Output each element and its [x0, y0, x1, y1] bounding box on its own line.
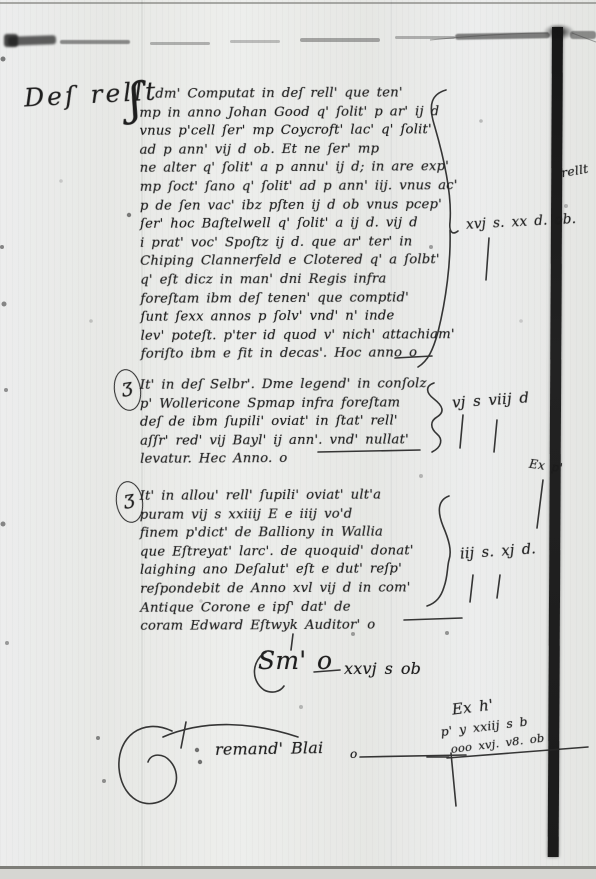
manuscript-line: It' in allou' rell' ſupili' oviat' ult'a [140, 487, 446, 507]
corner-computation: Ex h' p' y xxiij s b ooo xvj. v8. ob [437, 690, 545, 757]
manuscript-line: aſſr' red' vij Bayl' ij ann'. vnd' nulla… [140, 432, 440, 452]
manuscript-line: mp ſoct' ſano q' ſolit' ad p ann' iij. v… [140, 178, 446, 198]
scan-smudge [150, 42, 210, 45]
scan-background-strip [0, 869, 596, 879]
manuscript-line: reſpondebit de Anno xvl vij d in com' [140, 580, 446, 600]
scan-smudge [395, 36, 455, 39]
annotation-descender [497, 575, 500, 598]
manuscript-line: It' in deſ Selbr'. Dme legend' in conſol… [140, 376, 440, 396]
closing-flourish-stroke [181, 722, 186, 748]
manuscript-line: puram vij s xxiiij E e iiij vo'd [140, 506, 446, 526]
scan-smudge [8, 35, 56, 46]
closing-flourish-arc [163, 725, 298, 737]
binding-gutter-bar [548, 27, 563, 857]
manuscript-line: i prat' voc' Spoſtz ij d. que ar' ter' i… [140, 234, 446, 254]
manuscript-line: Antique Corone e ipſ' dat' de [140, 599, 446, 619]
manuscript-line: vnus p'cell ſer' mp Coycroft' lac' q' ſo… [139, 122, 445, 142]
manuscript-line: coram Edward Eſtwyk Auditor' o [140, 617, 446, 637]
scan-top-edge-line [0, 2, 596, 4]
closing-flourish-mark [119, 726, 177, 803]
amount-annotation-2: vj s viij d [451, 388, 529, 411]
manuscript-line: finem p'dict' de Balliony in Wallia [140, 524, 446, 544]
manuscript-line: lev' poteſt. p'ter id quod v' nich' atta… [141, 327, 447, 347]
sum-value: xxvj s ob [344, 659, 421, 678]
manuscript-line: laighing ano Deſalut' eſt e dut' reſp' [140, 562, 446, 582]
manuscript-line: ſunt ſexx annos p ſolv' vnd' n' inde [140, 308, 446, 328]
right-margin-mark-top: rellt [560, 161, 590, 181]
annotation-descender [470, 575, 473, 602]
annotation-descender [494, 420, 497, 452]
manuscript-line: levatur. Hec Anno. o [140, 451, 440, 471]
scan-smudge [230, 40, 280, 43]
scan-noise-speckles [0, 0, 2, 2]
annotation-descender [486, 238, 489, 280]
manuscript-line: p' Wollericone Spmap infra foreſtam [140, 395, 440, 415]
manuscript-line: p de ſen vac' ibz pſten ij d ob vnus pce… [140, 197, 446, 217]
annotation-descender [460, 415, 463, 448]
manuscript-line: ad p ann' vij d ob. Et ne ſer' mp [140, 141, 446, 161]
manuscript-line: ſer' hoc Baſtelwell q' ſolit' a ij d. vi… [140, 215, 446, 235]
manuscript-line: ne alter q' ſolit' a p annu' ij d; in ar… [140, 160, 446, 180]
paragraph-3: It' in allou' rell' ſupili' oviat' ult'a… [140, 487, 447, 637]
manuscript-line: Chiping Clannerfeld e Clotered q' a ſolb… [140, 253, 446, 273]
scan-smudge [60, 40, 130, 44]
amount-annotation-3: iij s. xj d. [460, 541, 537, 562]
corner-vertical-stroke [451, 753, 456, 806]
closing-tail-mark: o [350, 747, 357, 761]
closing-note: remand' Blai [215, 738, 324, 759]
scan-smudge [300, 38, 380, 42]
manuscript-line: que Eſtreyat' larc'. de quoquid' donat' [140, 543, 446, 563]
scan-smudge [455, 32, 550, 40]
sum-label: Sm' o [258, 646, 332, 675]
paragraph-1: dm' Computat in deſ rell' que ten' mp in… [139, 85, 446, 366]
manuscript-line: deſ de ibm ſupili' oviat' in ſtat' rell' [140, 413, 440, 433]
manuscript-line: q' eſt dicz in man' dni Regis infra [140, 271, 446, 291]
manuscript-line: mp in anno Johan Good q' ſolit' p ar' ij… [139, 104, 445, 124]
manuscript-line: foriſto ibm e fit in decas'. Hoc anno o [141, 346, 447, 366]
manuscript-line: foreſtam ibm deſ tenen' que comptid' [140, 290, 446, 310]
manuscript-line: dm' Computat in deſ rell' que ten' [139, 85, 445, 105]
paragraph-2: It' in deſ Selbr'. Dme legend' in conſol… [140, 376, 440, 471]
margin-mark-descender [537, 480, 543, 528]
manuscript-scan-page: Deſ rellt ʃ dm' Computat in deſ rell' qu… [0, 0, 596, 879]
